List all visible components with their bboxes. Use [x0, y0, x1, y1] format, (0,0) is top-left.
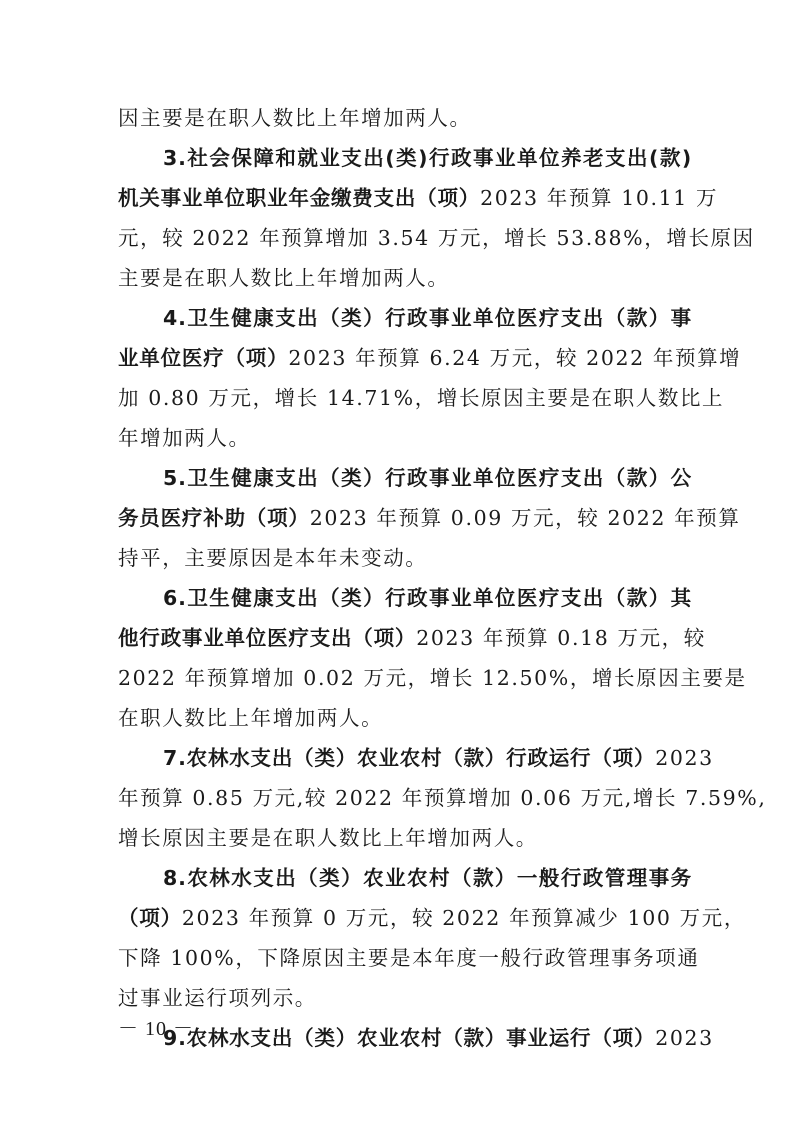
text-line: 他行政事业单位医疗支出（项）2023 年预算 0.18 万元，较	[118, 620, 692, 657]
section-heading-8: 8.农林水支出（类）农业农村（款）一般行政管理事务	[163, 860, 692, 897]
line-text: 年预算 0.85 万元,较 2022 年预算增加 0.06 万元,增长 7.59…	[118, 786, 766, 810]
line-text: 2023 年预算 6.24 万元，较 2022 年预算增	[288, 346, 741, 370]
heading-text: 9.农林水支出（类）农业农村（款）事业运行（项）	[163, 1026, 655, 1050]
text-line: 加 0.80 万元，增长 14.71%，增长原因主要是在职人数比上	[118, 380, 692, 417]
line-text: 主要是在职人数比上年增加两人。	[118, 266, 450, 290]
line-text: 持平，主要原因是本年未变动。	[118, 546, 427, 570]
text-line: 业单位医疗（项）2023 年预算 6.24 万元，较 2022 年预算增	[118, 340, 692, 377]
heading-text: 业单位医疗（项）	[118, 346, 288, 370]
heading-text: 3.社会保障和就业支出(类)行政事业单位养老支出(款)	[163, 146, 692, 170]
section-heading-9: 9.农林水支出（类）农业农村（款）事业运行（项）2023	[163, 1020, 692, 1057]
line-text: 2023	[655, 746, 714, 770]
text-line: 持平，主要原因是本年未变动。	[118, 540, 427, 577]
section-heading-5: 5.卫生健康支出（类）行政事业单位医疗支出（款）公	[163, 460, 692, 497]
line-text: 2023	[655, 1026, 714, 1050]
heading-text: 务员医疗补助（项）	[118, 506, 310, 530]
line-text: 增长原因主要是在职人数比上年增加两人。	[118, 826, 538, 850]
heading-text: 5.卫生健康支出（类）行政事业单位医疗支出（款）公	[163, 466, 692, 490]
text-line: 务员医疗补助（项）2023 年预算 0.09 万元，较 2022 年预算	[118, 500, 692, 537]
text-line: （项）2023 年预算 0 万元，较 2022 年预算减少 100 万元，	[118, 900, 692, 937]
section-heading-7: 7.农林水支出（类）农业农村（款）行政运行（项）2023	[163, 740, 692, 777]
text-line: 下降 100%，下降原因主要是本年度一般行政管理事务项通	[118, 940, 692, 977]
text-line: 因主要是在职人数比上年增加两人。	[118, 100, 472, 137]
text-line: 主要是在职人数比上年增加两人。	[118, 260, 450, 297]
heading-text: 7.农林水支出（类）农业农村（款）行政运行（项）	[163, 746, 655, 770]
section-heading-4: 4.卫生健康支出（类）行政事业单位医疗支出（款）事	[163, 300, 692, 337]
line-text: 过事业运行项列示。	[118, 986, 317, 1010]
text-line: 元，较 2022 年预算增加 3.54 万元，增长 53.88%，增长原因	[118, 220, 692, 257]
text-line: 年预算 0.85 万元,较 2022 年预算增加 0.06 万元,增长 7.59…	[118, 780, 692, 817]
line-text: 2022 年预算增加 0.02 万元，增长 12.50%，增长原因主要是	[118, 666, 747, 690]
line-text: 2023 年预算 0.09 万元，较 2022 年预算	[310, 506, 741, 530]
heading-text: 4.卫生健康支出（类）行政事业单位医疗支出（款）事	[163, 306, 692, 330]
line-text: 加 0.80 万元，增长 14.71%，增长原因主要是在职人数比上	[118, 386, 724, 410]
text-line: 增长原因主要是在职人数比上年增加两人。	[118, 820, 538, 857]
text-line: 2022 年预算增加 0.02 万元，增长 12.50%，增长原因主要是	[118, 660, 692, 697]
section-heading-6: 6.卫生健康支出（类）行政事业单位医疗支出（款）其	[163, 580, 692, 617]
line-text: 2023 年预算 0 万元，较 2022 年预算减少 100 万元，	[182, 906, 746, 930]
section-heading-3: 3.社会保障和就业支出(类)行政事业单位养老支出(款)	[163, 140, 692, 177]
heading-text: 6.卫生健康支出（类）行政事业单位医疗支出（款）其	[163, 586, 692, 610]
text-line: 机关事业单位职业年金缴费支出（项）2023 年预算 10.11 万	[118, 180, 692, 217]
text-line: 在职人数比上年增加两人。	[118, 700, 383, 737]
line-text: 在职人数比上年增加两人。	[118, 706, 383, 730]
line-text: 2023 年预算 10.11 万	[480, 186, 718, 210]
heading-text: 8.农林水支出（类）农业农村（款）一般行政管理事务	[163, 866, 692, 890]
line-text: 元，较 2022 年预算增加 3.54 万元，增长 53.88%，增长原因	[118, 226, 755, 250]
line-text: 因主要是在职人数比上年增加两人。	[118, 106, 472, 130]
heading-text: （项）	[118, 906, 182, 930]
heading-text: 机关事业单位职业年金缴费支出（项）	[118, 186, 480, 210]
page-number: － 10 －	[118, 1012, 194, 1041]
line-text: 2023 年预算 0.18 万元，较	[416, 626, 706, 650]
line-text: 年增加两人。	[118, 426, 251, 450]
text-line: 年增加两人。	[118, 420, 251, 457]
line-text: 下降 100%，下降原因主要是本年度一般行政管理事务项通	[118, 946, 699, 970]
heading-text: 他行政事业单位医疗支出（项）	[118, 626, 416, 650]
